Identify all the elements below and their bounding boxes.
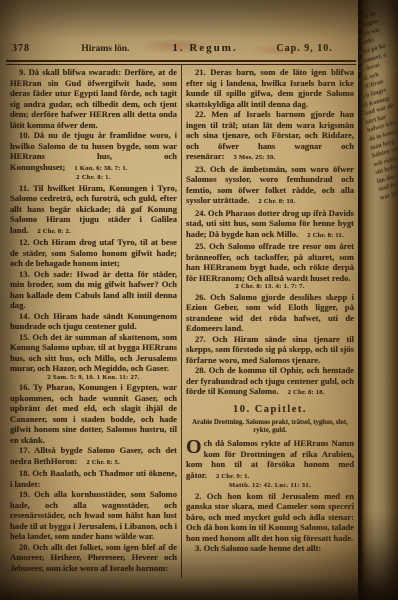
verse-text: 13. Och sade: Hwad är detta för städer, … bbox=[10, 269, 177, 311]
verse: 9. Då skall blifwa swaradt: Derföre, at … bbox=[10, 67, 177, 130]
verse-text: 14. Och Hiram hade sändt Konungenom hund… bbox=[10, 311, 177, 332]
verse: 3. Och Salomo sade henne det allt: bbox=[186, 543, 354, 554]
verse: 2. Och hon kom til Jerusalem med en gans… bbox=[186, 491, 354, 544]
chapter-heading: 10. Capitlet. bbox=[186, 404, 354, 416]
verse-text: 3. Och Salomo sade henne det allt: bbox=[195, 543, 321, 553]
cross-reference: 2 Chr. 8: 18. bbox=[288, 389, 325, 396]
verse-text: 25. Och Salomo offrade tre resor om året… bbox=[186, 241, 354, 283]
cross-reference: 2 Chr. 9: 1. bbox=[216, 473, 249, 480]
verse: 11. Til hwilket Hiram, Konungen i Tyro, … bbox=[10, 183, 177, 238]
cross-reference: 2 Chr. 8: 11. bbox=[307, 232, 344, 239]
page-header: 378 Hirams lön. 1. Regum. Cap. 9, 10. bbox=[12, 42, 352, 58]
book-title: 1. Regum. bbox=[153, 42, 257, 54]
verse-text: 28. Och de kommo til Ophir, och hemtade … bbox=[186, 365, 354, 396]
left-column: 9. Då skall blifwa swaradt: Derföre, at … bbox=[6, 65, 182, 578]
verse: 10. Då nu de tjugu år framlidne woro, i … bbox=[10, 130, 177, 174]
verse: 17. Alltså bygde Salomo Gaser, och det n… bbox=[10, 445, 177, 468]
verse-text: 21. Deras barn, som de läto igen blifwa … bbox=[186, 67, 354, 109]
right-column: 21. Deras barn, som de läto igen blifwa … bbox=[182, 65, 358, 578]
verse: 23. Och de ämbetsmän, som woro öfwer Sal… bbox=[186, 164, 354, 208]
verse: 13. Och sade: Hwad är detta för städer, … bbox=[10, 269, 177, 311]
verse-text: 11. Til hwilket Hiram, Konungen i Tyro, … bbox=[10, 183, 177, 235]
verse: Och då Salomos rykte af HERrans Namn kom… bbox=[186, 438, 354, 482]
verse: 12. Och Hiram drog utaf Tyro, til at bes… bbox=[10, 237, 177, 269]
adjacent-page-edge: war u icke säga ha Drottningen Salomos w… bbox=[358, 0, 398, 600]
page-number: 378 bbox=[12, 43, 58, 54]
cross-reference: 3 Mos. 25: 39. bbox=[234, 154, 276, 161]
book-photo: 378 Hirams lön. 1. Regum. Cap. 9, 10. 9.… bbox=[0, 0, 398, 600]
text-columns: 9. Då skall blifwa swaradt: Derföre, at … bbox=[6, 65, 358, 578]
cross-reference-line: 2 Chr. 8: 1. bbox=[10, 174, 177, 183]
verse: 24. Och Pharaos dotter drog up ifrå Davi… bbox=[186, 208, 354, 242]
cross-reference-line: 2 Chr. 8: 13. 4: 1. 7: 7. bbox=[186, 283, 354, 292]
verse-text: 27. Och Hiram sände sina tjenare til ske… bbox=[186, 334, 354, 365]
bible-page: 378 Hirams lön. 1. Regum. Cap. 9, 10. 9.… bbox=[0, 0, 362, 600]
cross-reference: 1 Kon. 6: 38. 7: 1. bbox=[74, 165, 127, 172]
adjacent-page-text: war u icke säga ha Drottningen Salomos w… bbox=[358, 0, 398, 203]
verse: 14. Och Hiram hade sändt Konungenom hund… bbox=[10, 311, 177, 332]
cross-reference: 2 Chr. 8: 5. bbox=[86, 459, 119, 466]
chapter-ref: Cap. 9, 10. bbox=[257, 43, 352, 54]
verse-text: 26. Och Salomo gjorde desslikes skepp i … bbox=[186, 292, 354, 334]
drop-cap: O bbox=[186, 438, 204, 456]
running-head: Hirams lön. bbox=[58, 44, 153, 54]
cross-reference: 2 Chr. 8: 10. bbox=[258, 198, 295, 205]
verse: 21. Deras barn, som de läto igen blifwa … bbox=[186, 67, 354, 109]
verse-text: 20. Och allt det folket, som igen blef a… bbox=[10, 542, 177, 573]
verse: 27. Och Hiram sände sina tjenare til ske… bbox=[186, 334, 354, 366]
verse: 28. Och de kommo til Ophir, och hemtade … bbox=[186, 365, 354, 399]
cross-reference: 2 Chr. 8: 2. bbox=[37, 228, 70, 235]
verse: 26. Och Salomo gjorde desslikes skepp i … bbox=[186, 292, 354, 334]
verse-text: ch då Salomos rykte af HERrans Namn kom … bbox=[186, 438, 354, 480]
verse: 20. Och allt det folket, som igen blef a… bbox=[10, 542, 177, 574]
cross-reference-line: Matth. 12: 42. Luc. 11: 31. bbox=[186, 482, 354, 491]
chapter-summary: Arabie Drottning. Salomos prakt, trätsel… bbox=[188, 419, 352, 435]
verse-text: 15. Och det är summan af skattenom, som … bbox=[10, 332, 177, 374]
verse: 15. Och det är summan af skattenom, som … bbox=[10, 332, 177, 374]
verse: 25. Och Salomo offrade tre resor om året… bbox=[186, 241, 354, 283]
verse-text: 9. Då skall blifwa swaradt: Derföre, at … bbox=[10, 67, 177, 130]
verse: 16. Ty Pharao, Konungen i Egypten, war u… bbox=[10, 382, 177, 445]
verse: 22. Men af Israels barnom gjorde han ing… bbox=[186, 109, 354, 164]
verse-text: 19. Och alla kornhusstäder, som Salomo h… bbox=[10, 489, 177, 541]
cross-reference-line: 2 Sam. 5: 9, 10. 1 Kon. 11: 27. bbox=[10, 374, 177, 383]
verse: 18. Och Baalath, och Thadmor uti öknene,… bbox=[10, 468, 177, 489]
verse-text: 18. Och Baalath, och Thadmor uti öknene,… bbox=[10, 468, 177, 489]
verse-text: 2. Och hon kom til Jerusalem med en gans… bbox=[186, 491, 354, 543]
verse-text: 12. Och Hiram drog utaf Tyro, til at bes… bbox=[10, 237, 177, 268]
verse: 19. Och alla kornhusstäder, som Salomo h… bbox=[10, 489, 177, 542]
verse-text: 16. Ty Pharao, Konungen i Egypten, war u… bbox=[10, 382, 177, 445]
